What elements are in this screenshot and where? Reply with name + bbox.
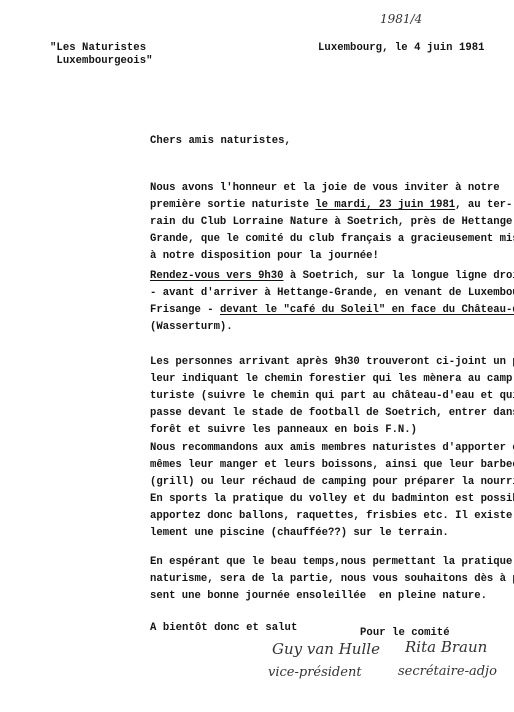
signature-1-name: Guy van Hulle (272, 640, 380, 658)
place-and-date: Luxembourg, le 4 juin 1981 (318, 40, 485, 57)
text-line: En espérant que le beau temps,nous perme… (150, 554, 514, 571)
signature-2-role: secrétaire-adjo (398, 664, 497, 679)
text-line: naturisme, sera de la partie, nous vous … (150, 571, 514, 588)
text-line: (grill) ou leur réchaud de camping pour … (150, 474, 514, 491)
text-line: apportez donc ballons, raquettes, frisbi… (150, 508, 514, 525)
text-line: forêt et suivre les panneaux en bois F.N… (150, 422, 514, 439)
text-line: leur indiquant le chemin forestier qui l… (150, 371, 514, 388)
text-line: passe devant le stade de football de Soe… (150, 405, 514, 422)
paragraph-invitation: Nous avons l'honneur et la joie de vous … (150, 180, 514, 265)
closing-line: A bientôt donc et salut (150, 620, 297, 637)
paragraph-meeting-point: Rendez-vous vers 9h30 à Soetrich, sur la… (150, 268, 514, 336)
text-line: turiste (suivre le chemin qui part au ch… (150, 388, 514, 405)
text-line: Les personnes arrivant après 9h30 trouve… (150, 354, 514, 371)
archive-reference: 1981/4 (380, 12, 422, 26)
text-line: Frisange - devant le "café du Soleil" en… (150, 302, 514, 319)
salutation: Chers amis naturistes, (150, 133, 291, 150)
paragraph-recommendations: Nous recommandons aux amis membres natur… (150, 440, 514, 542)
text-line: rain du Club Lorraine Nature à Soetrich,… (150, 214, 514, 231)
text-line: mêmes leur manger et leurs boissons, ain… (150, 457, 514, 474)
text-line: Rendez-vous vers 9h30 à Soetrich, sur la… (150, 268, 514, 285)
signature-2-name: Rita Braun (405, 638, 487, 656)
event-date: le mardi, 23 juin 1981 (315, 199, 455, 211)
text-line: à notre disposition pour la journée! (150, 248, 514, 265)
meeting-location: devant le "café du Soleil" en face du Ch… (220, 304, 514, 316)
sender-name-line2: Luxembourgeois" (50, 53, 153, 70)
text-line: - avant d'arriver à Hettange-Grande, en … (150, 285, 514, 302)
paragraph-late-arrivals: Les personnes arrivant après 9h30 trouve… (150, 354, 514, 439)
text-line: sent une bonne journée ensoleillée en pl… (150, 588, 514, 605)
text-line: Grande, que le comité du club français a… (150, 231, 514, 248)
text-line: première sortie naturiste le mardi, 23 j… (150, 197, 514, 214)
text-line: En sports la pratique du volley et du ba… (150, 491, 514, 508)
text-line: lement une piscine (chauffée??) sur le t… (150, 525, 514, 542)
meeting-time: Rendez-vous vers 9h30 (150, 270, 284, 282)
text-line: (Wasserturm). (150, 319, 514, 336)
text-line: Nous recommandons aux amis membres natur… (150, 440, 514, 457)
text-line: Nous avons l'honneur et la joie de vous … (150, 180, 514, 197)
signature-1-role: vice-président (268, 665, 362, 680)
paragraph-closing-wishes: En espérant que le beau temps,nous perme… (150, 554, 514, 605)
